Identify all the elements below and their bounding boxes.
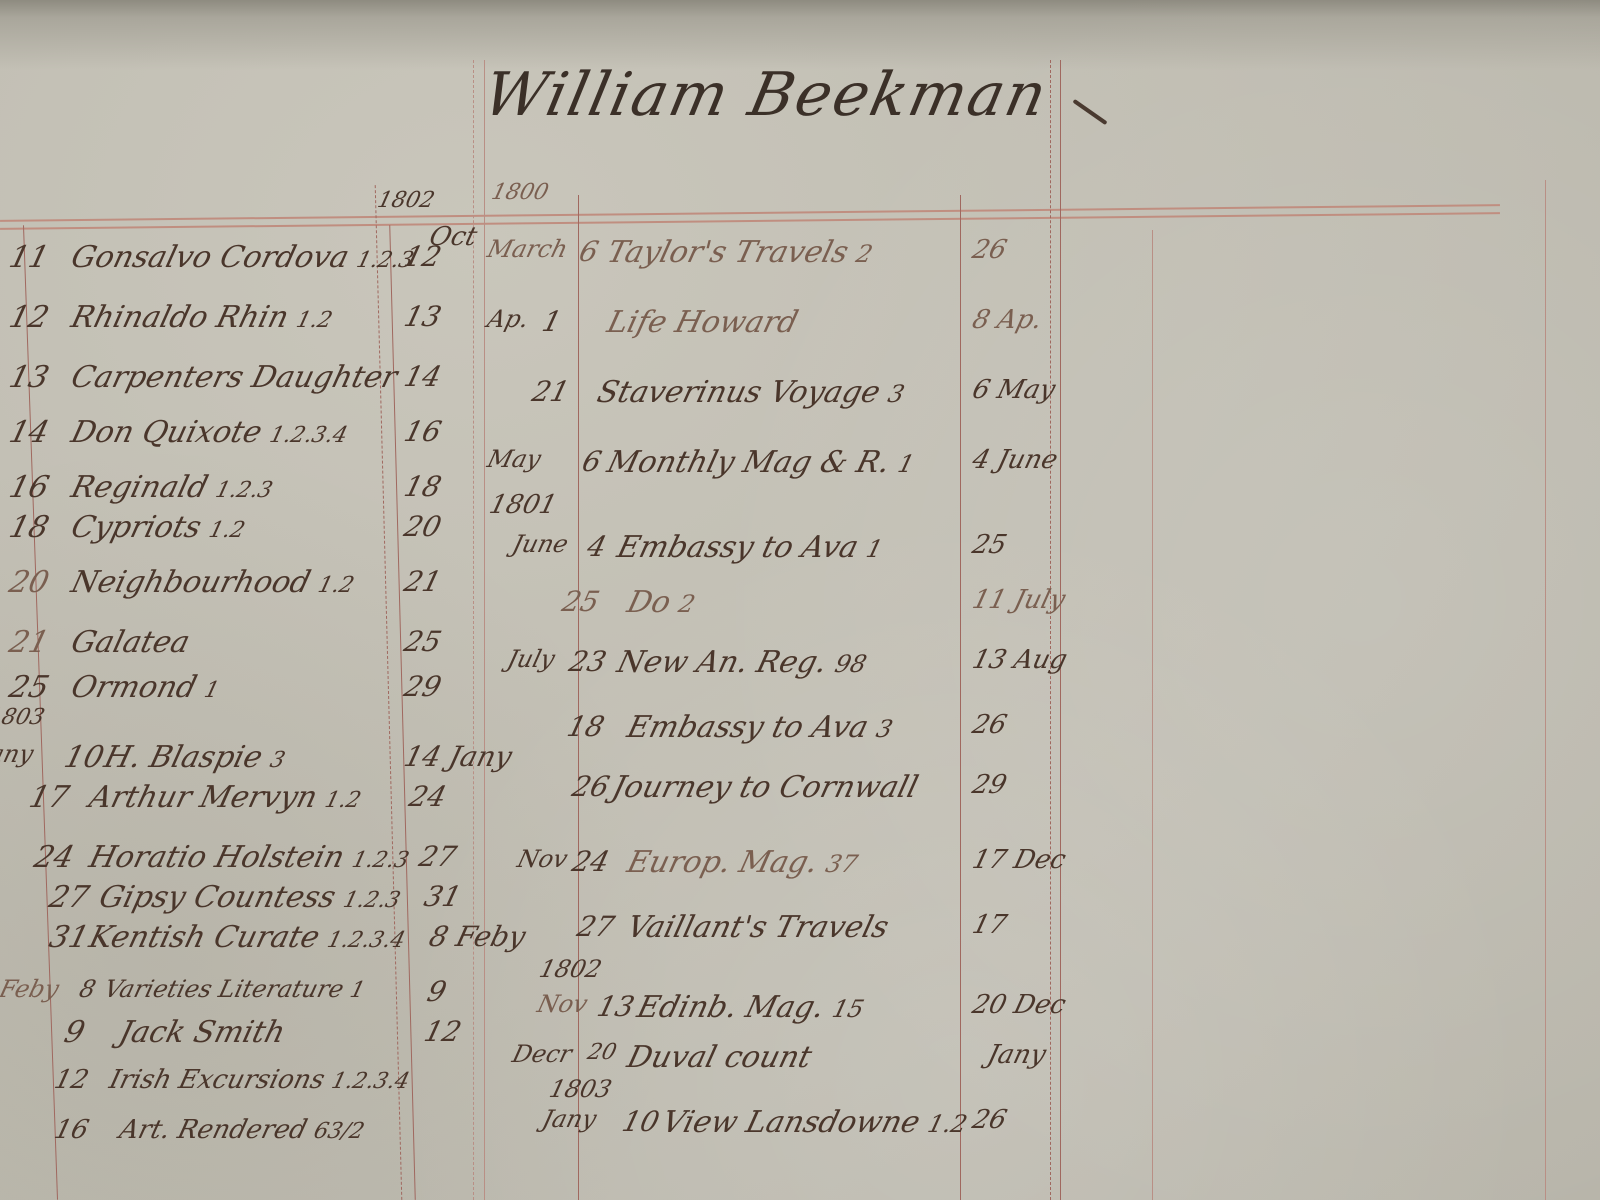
book-title: Gonsalvo Cordova 1.2.3 (68, 240, 418, 275)
left-year-marker: 1802 (375, 188, 437, 213)
return-date: 20 Dec (969, 990, 1069, 1020)
loan-month: Feby (0, 975, 62, 1003)
right-return-column-rule (960, 195, 961, 1200)
book-title: Embassy to Ava 3 (624, 710, 897, 745)
loan-month: Nov (535, 990, 591, 1018)
year-marker-1803: 1803 (547, 1075, 615, 1103)
book-title: Varieties Literature 1 (102, 975, 369, 1003)
loan-day: 12 (6, 300, 75, 335)
loan-month: Jany (540, 1105, 600, 1133)
return-date: 6 May (969, 375, 1058, 405)
return-date: 4 June (969, 445, 1061, 475)
loan-month: Ap. (485, 305, 532, 333)
book-title: Galatea (68, 625, 194, 660)
return-date: 11 July (969, 585, 1068, 615)
book-title: View Lansdowne 1.2 (659, 1105, 972, 1140)
loan-month: Nov (515, 845, 571, 873)
book-title: Taylor's Travels 2 (604, 235, 877, 270)
loan-month: Decr (510, 1040, 575, 1068)
loan-day: 16 (6, 470, 75, 505)
return-date: 13 Aug (969, 645, 1070, 675)
book-title: Journey to Cornwall (609, 770, 922, 805)
loan-day: 17 (26, 780, 95, 815)
loan-day: 11 (6, 240, 75, 275)
loan-day: 18 (6, 510, 75, 545)
book-title: Irish Excursions 1.2.3.4 (106, 1065, 413, 1095)
left-year-marker-1803: 1803 (0, 705, 47, 730)
book-title: Art. Rendered 63/2 (116, 1115, 368, 1145)
loan-day: 13 (6, 360, 75, 395)
book-title: Horatio Holstein 1.2.3 (86, 840, 414, 875)
loan-day: 16 (51, 1115, 118, 1145)
year-marker-1802: 1802 (537, 955, 605, 983)
book-title: Carpenters Daughter (68, 360, 401, 395)
loan-month: June (510, 530, 572, 558)
book-title: Don Quixote 1.2.3.4 (68, 415, 353, 450)
book-title: Kentish Curate 1.2.3.4 (86, 920, 410, 955)
book-title: New An. Reg. 98 (614, 645, 871, 680)
return-date: Jany (984, 1040, 1049, 1070)
right-day-column-rule (578, 195, 579, 1200)
book-title: Monthly Mag & R. 1 (604, 445, 919, 480)
book-title: Rhinaldo Rhin 1.2 (68, 300, 337, 335)
blank-column-rule-far (1545, 180, 1546, 1200)
loan-day: 21 (6, 625, 75, 660)
book-title: Europ. Mag. 37 (624, 845, 862, 880)
loan-day: 20 (6, 565, 75, 600)
book-title: Arthur Mervyn 1.2 (86, 780, 366, 815)
book-title: Do 2 (624, 585, 700, 620)
book-title: Gipsy Countess 1.2.3 (96, 880, 405, 915)
account-holder-heading: William Beekman (478, 60, 1055, 130)
book-title: Vaillant's Travels (624, 910, 893, 945)
right-margin-rule-2 (1060, 60, 1061, 1200)
book-title: Staverinus Voyage 3 (594, 375, 909, 410)
year-marker-1801: 1801 (486, 490, 560, 520)
loan-month: May (485, 445, 544, 473)
return-date: 14 Jany (401, 740, 516, 773)
book-title: Embassy to Ava 1 (614, 530, 887, 565)
book-title: Edinb. Mag. 15 (634, 990, 868, 1025)
book-title: Reginald 1.2.3 (68, 470, 277, 505)
right-margin-rule (1050, 60, 1051, 1200)
book-title: H. Blaspie 3 (101, 740, 290, 775)
book-title: Jack Smith (116, 1015, 289, 1050)
loan-day: 25 (6, 670, 75, 705)
loan-day: 14 (6, 415, 75, 450)
right-year-header: 1800 (489, 180, 551, 205)
return-date: 8 Ap. (969, 305, 1045, 335)
loan-month: July (505, 645, 558, 673)
book-title: Ormond 1 (68, 670, 224, 705)
book-title: Cypriots 1.2 (68, 510, 250, 545)
return-date: 8 Feby (426, 920, 529, 953)
book-title: Life Howard (604, 305, 802, 340)
return-date: 17 Dec (969, 845, 1069, 875)
page-divider-rule-2 (484, 60, 485, 1200)
book-title: Neighbourhood 1.2 (68, 565, 359, 600)
blank-column-rule (1152, 230, 1153, 1200)
loan-month: March (485, 235, 571, 263)
book-title: Duval count (624, 1040, 816, 1075)
